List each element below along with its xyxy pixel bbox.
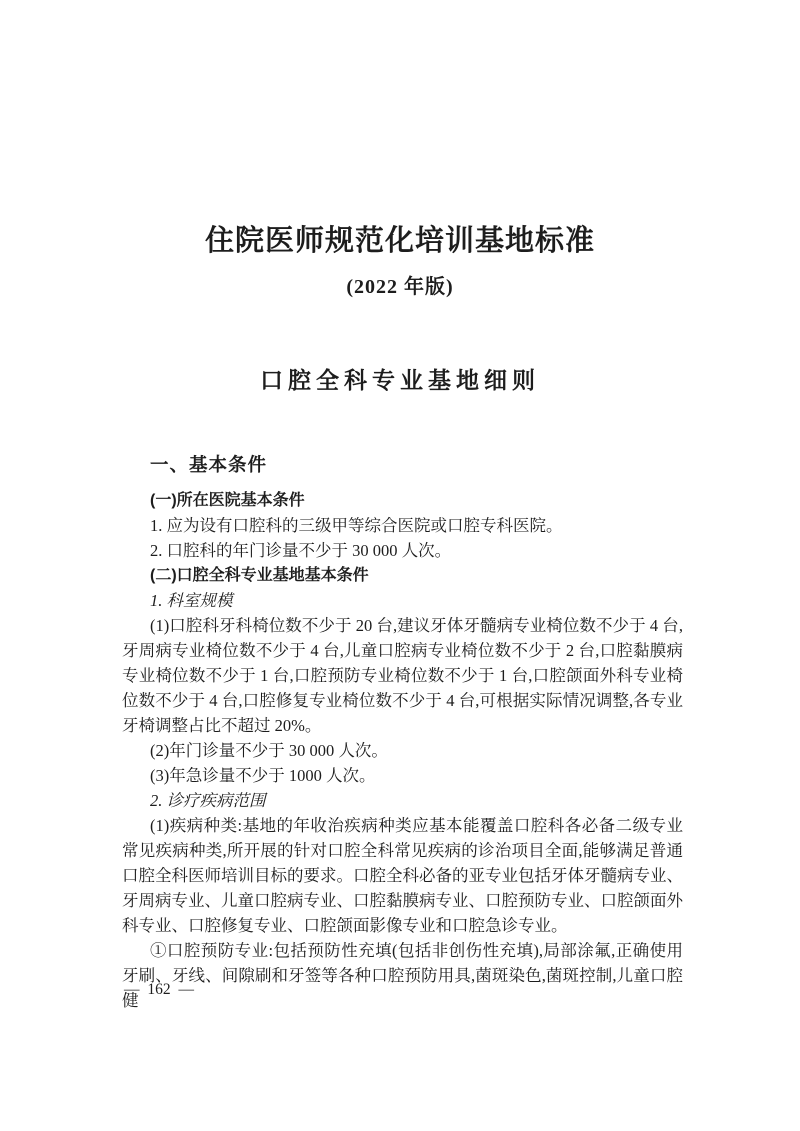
document-title: 住院医师规范化培训基地标准: [0, 224, 800, 258]
subheading-hospital-conditions: (一)所在医院基本条件: [122, 488, 683, 513]
para-annual-emergency-volume: (3)年急诊量不少于 1000 人次。: [122, 763, 683, 788]
item-department-scale: 1. 科室规模: [122, 588, 683, 613]
document-body: 一、基本条件 (一)所在医院基本条件 1. 应为设有口腔科的三级甲等综合医院或口…: [122, 452, 683, 1013]
document-edition: (2022 年版): [0, 272, 800, 302]
para-oral-prevention-specialty: ①口腔预防专业:包括预防性充填(包括非创伤性充填),局部涂氟,正确使用牙刷、牙线…: [122, 938, 683, 1013]
item-hospital-level: 1. 应为设有口腔科的三级甲等综合医院或口腔专科医院。: [122, 513, 683, 538]
item-annual-outpatient-volume: 2. 口腔科的年门诊量不少于 30 000 人次。: [122, 538, 683, 563]
heading-basic-conditions: 一、基本条件: [122, 452, 683, 480]
section-title: 口腔全科专业基地细则: [0, 364, 800, 396]
para-annual-outpatient-volume: (2)年门诊量不少于 30 000 人次。: [122, 738, 683, 763]
document-page: 住院医师规范化培训基地标准 (2022 年版) 口腔全科专业基地细则 一、基本条…: [0, 0, 800, 1131]
item-disease-treatment-scope: 2. 诊疗疾病范围: [122, 788, 683, 813]
subheading-specialty-base-conditions: (二)口腔全科专业基地基本条件: [122, 563, 683, 588]
page-number: — 162 —: [124, 981, 194, 998]
page-footer: — 162 —: [124, 979, 194, 1001]
para-disease-types: (1)疾病种类:基地的年收治疾病种类应基本能覆盖口腔科各必备二级专业常见疾病种类…: [122, 813, 683, 938]
para-dental-chair-requirements: (1)口腔科牙科椅位数不少于 20 台,建议牙体牙髓病专业椅位数不少于 4 台,…: [122, 613, 683, 738]
